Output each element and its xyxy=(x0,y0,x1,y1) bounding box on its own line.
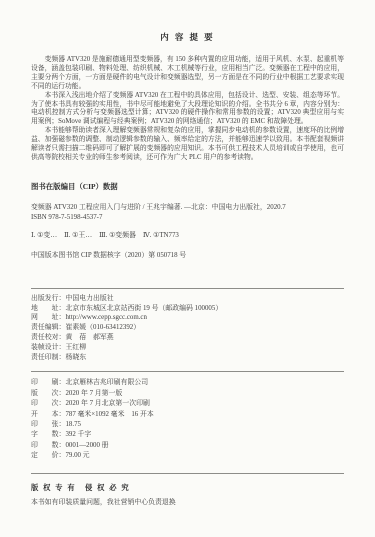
copyright-notice-title: 版 权 专 有 侵 权 必 究 xyxy=(31,483,344,493)
cip-entry-block: 变频器 ATV320 工程应用入门与进阶 / 王兆宇编著. —北京：中国电力出版… xyxy=(31,203,344,223)
colophon-row-print-supervisor: 责任印制：杨晓东 xyxy=(31,353,344,363)
cip-record-number-line: 中国版本图书馆 CIP 数据核字（2020）第 050718 号 xyxy=(31,251,344,261)
printing-colophon: 印 刷：北京雁林吉兆印刷有限公司 版 次：2020 年 7 月第一版 印 次：2… xyxy=(31,378,344,461)
colophon-value: 北京市东城区北京站西街 19 号（邮政编码 100005） xyxy=(65,305,222,312)
printing-label: 版 次： xyxy=(31,390,65,397)
printing-value: 79.00 元 xyxy=(65,452,89,459)
colophon-value: 中国电力出版社 xyxy=(65,295,113,302)
summary-paragraph-3: 本书能够帮助读者深入理解变频器常规和复杂的应用，掌握同步电动机的参数设置，速度环… xyxy=(31,127,344,163)
cip-isbn-line: ISBN 978-7-5198-4537-7 xyxy=(31,213,344,223)
colophon-label: 责任印制： xyxy=(31,354,65,361)
printing-label: 印 刷： xyxy=(31,379,65,386)
content-summary: 变频器 ATV320 是施耐德通用型变频器，有 150 多种内置的应用功能，适用… xyxy=(31,56,344,163)
colophon-label: 责任校对： xyxy=(31,334,65,341)
colophon-value: 王红柳 xyxy=(65,344,86,351)
printing-row-price: 定 价：79.00 元 xyxy=(31,451,344,461)
summary-paragraph-1: 变频器 ATV320 是施耐德通用型变频器，有 150 多种内置的应用功能，适用… xyxy=(31,56,344,92)
colophon-value: 崔素媛（010-63412392） xyxy=(65,324,140,331)
colophon-row-designer: 装帧设计：王红柳 xyxy=(31,343,344,353)
colophon-label: 出版发行： xyxy=(31,295,65,302)
summary-paragraph-2: 本书深入浅出地介绍了变频器 ATV320 在工程中的具体应用，包括设计、选型、安… xyxy=(31,92,344,128)
printing-value: 787 毫米×1092 毫米 16 开本 xyxy=(65,411,153,418)
copyright-page: 内 容 提 要 变频器 ATV320 是施耐德通用型变频器，有 150 多种内置… xyxy=(0,0,375,537)
cip-classification-line: Ⅰ. ①变… Ⅱ. ①王… Ⅲ. ①变频器 Ⅳ. ①TN773 xyxy=(31,231,344,241)
colophon-row-proofreader: 责任校对：黄 蓓 郝军燕 xyxy=(31,333,344,343)
divider-bottom xyxy=(31,473,344,474)
printing-value: 392 千字 xyxy=(65,431,91,438)
cip-entry-line: 变频器 ATV320 工程应用入门与进阶 / 王兆宇编著. —北京：中国电力出版… xyxy=(31,203,344,213)
colophon-row-address: 地 址：北京市东城区北京站西街 19 号（邮政编码 100005） xyxy=(31,304,344,314)
printing-value: 2020 年 7 月第一版 xyxy=(65,390,122,397)
publisher-colophon: 出版发行：中国电力出版社 地 址：北京市东城区北京站西街 19 号（邮政编码 1… xyxy=(31,294,344,363)
printing-row-edition: 版 次：2020 年 7 月第一版 xyxy=(31,389,344,399)
copyright-notice-text: 本书如有印装质量问题，我社营销中心负责退换 xyxy=(31,496,344,506)
colophon-label: 责任编辑： xyxy=(31,324,65,331)
printing-row-format: 开 本：787 毫米×1092 毫米 16 开本 xyxy=(31,410,344,420)
printing-label: 印 张： xyxy=(31,421,65,428)
colophon-value: 黄 蓓 郝军燕 xyxy=(65,334,113,341)
colophon-value: 杨晓东 xyxy=(65,354,86,361)
printing-label: 定 价： xyxy=(31,452,65,459)
printing-row-impression: 印 次：2020 年 7 月北京第一次印刷 xyxy=(31,399,344,409)
printing-value: 0001—2000 册 xyxy=(65,442,108,449)
colophon-row-editor: 责任编辑：崔素媛（010-63412392） xyxy=(31,323,344,333)
colophon-row-publisher: 出版发行：中国电力出版社 xyxy=(31,294,344,304)
printing-label: 印 次： xyxy=(31,400,65,407)
printing-row-wordcount: 字 数：392 千字 xyxy=(31,430,344,440)
divider-middle xyxy=(31,371,344,372)
printing-row-printrun: 印 数：0001—2000 册 xyxy=(31,441,344,451)
divider-top xyxy=(31,288,344,289)
cip-heading: 图书在版编目（CIP）数据 xyxy=(31,181,344,192)
printing-value: 北京雁林吉兆印刷有限公司 xyxy=(65,379,148,386)
printing-label: 字 数： xyxy=(31,431,65,438)
colophon-value: http://www.cepp.sgcc.com.cn xyxy=(65,314,146,321)
printing-row-printer: 印 刷：北京雁林吉兆印刷有限公司 xyxy=(31,378,344,388)
printing-value: 18.75 xyxy=(65,421,81,428)
printing-row-sheets: 印 张：18.75 xyxy=(31,420,344,430)
colophon-row-website: 网 址：http://www.cepp.sgcc.com.cn xyxy=(31,313,344,323)
colophon-label: 装帧设计： xyxy=(31,344,65,351)
colophon-label: 地 址： xyxy=(31,305,65,312)
printing-label: 印 数： xyxy=(31,442,65,449)
printing-value: 2020 年 7 月北京第一次印刷 xyxy=(65,400,149,407)
printing-label: 开 本： xyxy=(31,411,65,418)
colophon-label: 网 址： xyxy=(31,314,65,321)
content-summary-title: 内 容 提 要 xyxy=(31,31,344,43)
